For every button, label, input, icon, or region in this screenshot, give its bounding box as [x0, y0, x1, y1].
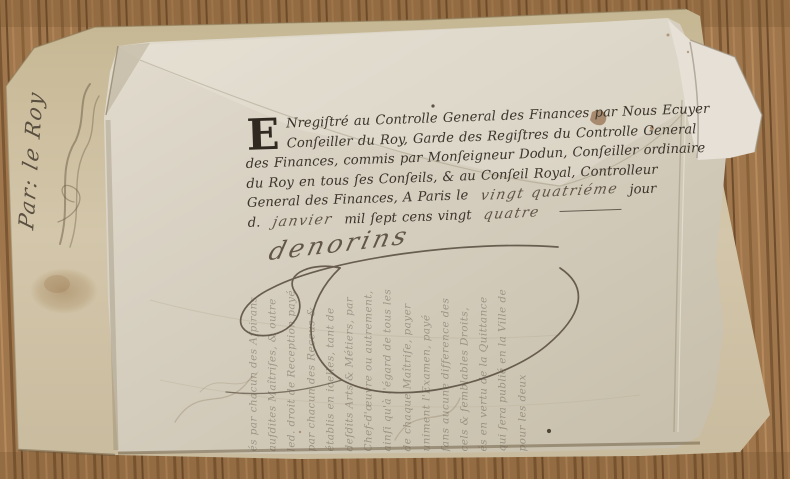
ink-stain-core	[44, 275, 70, 293]
printed-line-5-suffix: jour	[629, 182, 656, 198]
photographed-document: és par chacun des Aſpiransauſdites Maîtr…	[0, 0, 790, 479]
handwritten-year-word: quatre	[482, 203, 542, 226]
drop-cap: E	[246, 118, 280, 153]
fill-in-rule	[560, 209, 622, 212]
registration-text-block: E Nregiſtré au Controlle General des Fin…	[244, 102, 662, 234]
handwritten-month: janvier	[271, 210, 335, 233]
printed-line-6-prefix: d.	[247, 215, 260, 230]
